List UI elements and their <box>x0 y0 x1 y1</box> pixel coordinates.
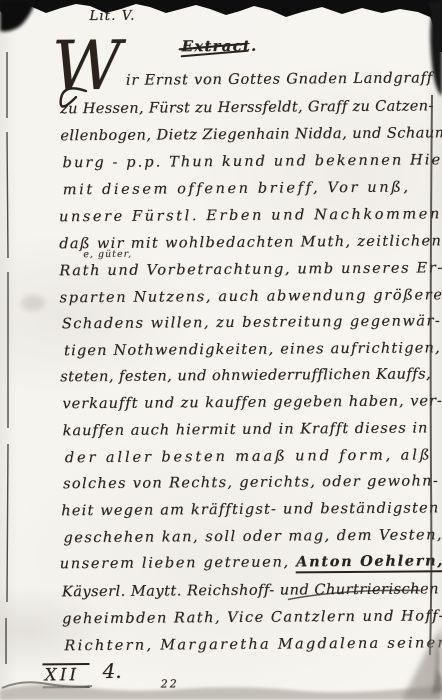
heading-crossed-out: Extract. <box>182 37 258 56</box>
manuscript-line: unserem lieben getreuen, Anton Oehlern, <box>60 551 442 574</box>
manuscript-line: der aller besten maaß und form, alß <box>65 445 433 468</box>
archival-small-mark: 22 <box>161 677 179 690</box>
manuscript-line: heit wegen am kräfftigst- und beständigs… <box>61 498 439 521</box>
manuscript-line: geheimbden Rath, Vice Cantzlern und Hoff… <box>62 606 442 629</box>
manuscript-line: ir Ernst von Gottes Gnaden Landgraff <box>126 68 433 90</box>
manuscript-line: ellenbogen, Dietz Ziegenhain Nidda, und … <box>60 123 442 146</box>
manuscript-line: zu Hessen, Fürst zu Herssfeldt, Graff zu… <box>60 96 434 119</box>
handwriting-layer: Lit. V. Extract. W ir Ernst von Gottes G… <box>0 0 442 700</box>
manuscript-line: steten, festen, und ohnwiederrufflichen … <box>60 364 431 387</box>
manuscript-line: verkaufft und zu kauffen gegeben haben, … <box>62 391 442 414</box>
manuscript-line: Rath und Vorbetrachtung, umb unseres Er- <box>59 258 442 281</box>
manuscript-line: unsere Fürstl. Erben und Nachkommen, <box>59 204 442 227</box>
manuscript-line: Schadens willen, zu bestreitung gegenwär… <box>62 311 442 334</box>
manuscript-line: kauffen auch hiermit und in Krafft diese… <box>63 418 429 441</box>
manuscript-line: mit diesem offenen brieff, Vor unß, <box>63 178 411 201</box>
manuscript-line: burg - p.p. Thun kund und bekennen Hier- <box>62 150 442 173</box>
line-text: unserem lieben getreuen, <box>60 554 290 572</box>
manuscript-line: tigen Nothwendigkeiten, eines aufrichtig… <box>64 338 441 361</box>
drop-cap-initial: W <box>52 33 122 102</box>
interlinear-insertion: e, güter, <box>83 249 132 260</box>
manuscript-line: sparten Nutzens, auch abwendung größeren <box>60 285 442 308</box>
archival-folio-mark: XII <box>42 663 89 688</box>
folio-annotation: Lit. V. <box>89 8 135 24</box>
manuscript-line: geschehen kan, soll oder mag, dem Vesten… <box>63 525 442 548</box>
manuscript-line: Käyserl. Maytt. Reichshoff- und Churtrie… <box>62 579 439 602</box>
underlined-name: Anton Oehlern, <box>296 552 442 573</box>
manuscript-line: solches von Rechts, gerichts, oder gewoh… <box>63 471 439 494</box>
manuscript-line: Richtern, Margaretha Magdalena seiner <box>64 633 442 656</box>
archival-folio-number: 4. <box>102 659 121 683</box>
document-page: Lit. V. Extract. W ir Ernst von Gottes G… <box>0 0 442 700</box>
